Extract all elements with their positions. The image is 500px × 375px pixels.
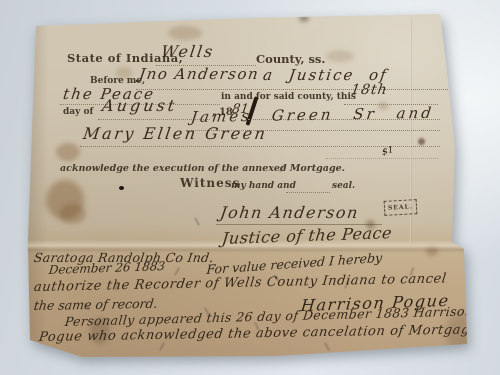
document-shadow-wrapper: State of Indiana, Wells County, ss. Befo… — [26, 12, 468, 362]
scratch-mark — [174, 267, 180, 276]
acknowledge-line: acknowledge the execution of the annexed… — [60, 163, 345, 174]
ink-dot — [119, 186, 124, 190]
witness-clause: my hand and — [231, 181, 296, 191]
county-label: County, ss. — [256, 52, 325, 66]
month-handwritten: August — [101, 96, 179, 115]
dotted-line — [326, 158, 438, 159]
photo-of-document: State of Indiana, Wells County, ss. Befo… — [0, 0, 500, 375]
fee-ink-mark: $1 — [381, 145, 394, 158]
stain — [60, 204, 86, 224]
dotted-line — [286, 192, 330, 193]
scratch-mark — [324, 342, 330, 351]
justice-signature: John Anderson — [219, 203, 360, 222]
day-of-label: day of — [63, 107, 93, 117]
stain — [326, 50, 354, 62]
scratch-mark — [159, 342, 165, 351]
seal-word: seal. — [332, 181, 355, 191]
dotted-line — [136, 89, 462, 90]
day-ordinal-handwritten: 18th — [350, 82, 389, 98]
note-date-line: December 26 1883 — [48, 259, 166, 277]
scratch-mark — [194, 217, 200, 226]
note-body-line3: the same of record. — [33, 296, 159, 313]
seal-stamp: SEAL. — [384, 199, 418, 216]
county-name-handwritten: Wells — [160, 42, 216, 61]
justice-name-handwritten: Jno Anderson — [138, 65, 261, 83]
stain — [418, 138, 425, 145]
stain — [168, 26, 202, 40]
grantor-names-handwritten-1: James Green Sr and — [190, 104, 435, 126]
aged-paper-document: State of Indiana, Wells County, ss. Befo… — [26, 12, 468, 362]
county-clause-label: in and for said county, this — [221, 92, 356, 102]
grantor-names-handwritten-2: Mary Ellen Green — [82, 124, 269, 143]
stain — [56, 143, 80, 161]
stain — [299, 14, 309, 22]
